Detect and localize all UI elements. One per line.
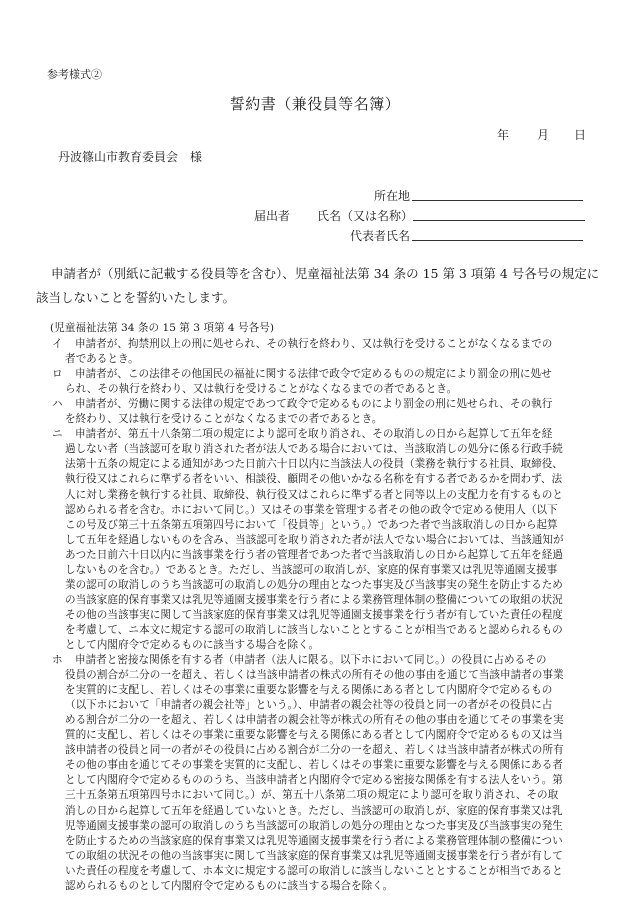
law-item-marker: ホ xyxy=(52,653,75,668)
law-item-line: 三十五条第五項第四号ホにおいて同じ。）が、第五十八条第二項の規定により認可を取り… xyxy=(52,788,564,803)
law-item-line: を防止するための当該家庭的保育事業又は乳児等通園支援事業を行う者による業務管理体… xyxy=(52,834,564,849)
address-field[interactable] xyxy=(412,200,583,201)
law-item-line: 執行役又はこれらに準ずる者をいい、相談役、顧問その他いかなる名称を有する者である… xyxy=(52,472,564,487)
law-item-line: （以下ホにおいて「申請者の親会社等」という。）、申請者の親会社等の役員と同一の者… xyxy=(52,698,564,713)
law-item-line: める割合が二分の一を超え、若しくは申請者の親会社等が株式の所有その他の事由を通じ… xyxy=(52,713,564,728)
law-item-line: しないものを含む。）であるとき。ただし、当該認可の取消しが、家庭的保育事業又は乳… xyxy=(52,563,564,578)
law-item-line: ロ申請者が、この法律その他国民の福祉に関する法律で政令で定めるものの規定により罰… xyxy=(52,367,564,382)
law-item-text: 申請者が、拘禁刑以上の刑に処せられ、その執行を終わり、又は執行を受けることがなく… xyxy=(75,338,552,350)
law-item-marker: ロ xyxy=(52,367,75,382)
date-month-label: 月 xyxy=(537,126,549,143)
pledge-line: 申請者が（別紙に記載する役員等を含む）、児童福祉法第 34 条の 15 第 3 … xyxy=(36,262,599,286)
law-item-line: その他の当該事実に関して当該家庭的保育事業又は乳児等通園支援事業を行う者が有して… xyxy=(52,608,564,623)
applicant-role-label: 届出者 xyxy=(254,207,290,224)
law-item-line: この号及び第三十五条第五項第四号において「役員等」という。）であつた者で当該取消… xyxy=(52,518,564,533)
pledge-statement: 申請者が（別紙に記載する役員等を含む）、児童福祉法第 34 条の 15 第 3 … xyxy=(36,262,599,310)
law-item-line: ホ申請者と密接な関係を有する者（申請者（法人に限る。以下ホにおいて同じ。）の役員… xyxy=(52,653,564,668)
law-item-line: 認められる者を含む。ホにおいて同じ。）又はその事業を管理する者その他の政令で定め… xyxy=(52,503,564,518)
law-item-line: 消しの日から起算して五年を経過していないとき。ただし、当該認可の取消しが、家庭的… xyxy=(52,804,564,819)
law-item-line: イ申請者が、拘禁刑以上の刑に処せられ、その執行を終わり、又は執行を受けることがな… xyxy=(52,337,564,352)
law-item: ホ申請者と密接な関係を有する者（申請者（法人に限る。以下ホにおいて同じ。）の役員… xyxy=(52,653,564,894)
law-item-marker: ハ xyxy=(52,397,75,412)
law-item-line: して五年を経過しないものを含み、当該認可を取り消された者が法人でない場合において… xyxy=(52,533,564,548)
law-item-line: られ、その執行を終わり、又は執行を受けることがなくなるまでの者であるとき。 xyxy=(52,382,564,397)
law-item-line: 児等通園支援事業の認可の取消しのうち当該認可の取消しの処分の理由となつた事実及び… xyxy=(52,819,564,834)
pledge-line: 該当しないことを誓約いたします。 xyxy=(36,286,599,310)
law-item-line: 該申請者の役員と同一の者がその役員に占める割合が二分の一を超え、若しくは当該申請… xyxy=(52,743,564,758)
law-item-line: として内閣府令で定めるものに該当する場合を除く。 xyxy=(52,638,564,653)
law-item-line: その他の事由を通じてその事業を実質的に支配し、若しくはその事業に重要な影響を与え… xyxy=(52,758,564,773)
law-item: ニ申請者が、第五十八条第二項の規定により認可を取り消され、その取消しの日から起算… xyxy=(52,427,564,653)
addressee: 丹波篠山市教育委員会 様 xyxy=(58,148,202,165)
address-label: 所在地 xyxy=(374,187,410,204)
law-item-text: 申請者が、この法律その他国民の福祉に関する法律で政令で定めるものの規定により罰金… xyxy=(75,368,552,380)
law-item-line: 役員の割合が二分の一を超え、若しくは当該申請者の株式の所有その他の事由を通じて当… xyxy=(52,668,564,683)
law-provisions: (児童福祉法第 34 条の 15 第 3 項第 4 号各号) イ申請者が、拘禁刑… xyxy=(52,321,564,894)
law-item: ロ申請者が、この法律その他国民の福祉に関する法律で政令で定めるものの規定により罰… xyxy=(52,367,564,397)
law-item-line: 業の認可の取消しのうち当該認可の取消しの処分の理由となつた事実及び当該事実の発生… xyxy=(52,578,564,593)
law-item-line: 法第十五条の規定による通知があつた日前六十日以内に当該法人の役員（業務を執行する… xyxy=(52,457,564,472)
law-item-line: 質的に支配し、若しくはその事業に重要な影響を与える関係にある者として内閣府令で定… xyxy=(52,728,564,743)
law-item-line: ニ申請者が、第五十八条第二項の規定により認可を取り消され、その取消しの日から起算… xyxy=(52,427,564,442)
date-year-label: 年 xyxy=(497,126,509,143)
law-item-line: あつた日前六十日以内に当該事業を行う者の管理者であつた者で当該取消しの日から起算… xyxy=(52,548,564,563)
law-item-line: ての取組の状況その他の当該事実に関して当該家庭的保育事業又は乳児等通園支援事業を… xyxy=(52,849,564,864)
law-item-line: 者であるとき。 xyxy=(52,352,564,367)
name-label: 氏名（又は名称） xyxy=(317,207,413,224)
law-item-text: 申請者が、第五十八条第二項の規定により認可を取り消され、その取消しの日から起算し… xyxy=(75,428,552,440)
law-item: イ申請者が、拘禁刑以上の刑に処せられ、その執行を終わり、又は執行を受けることがな… xyxy=(52,337,564,367)
law-heading: (児童福祉法第 34 条の 15 第 3 項第 4 号各号) xyxy=(50,321,564,336)
law-item-line: ハ申請者が、労働に関する法律の規定であつて政令で定めるものにより罰金の刑に処せら… xyxy=(52,397,564,412)
law-item-text: 申請者が、労働に関する法律の規定であつて政令で定めるものにより罰金の刑に処せられ… xyxy=(75,398,552,410)
law-item-line: として内閣府令で定めるもののうち、当該申請者と内閣府令で定める密接な関係を有する… xyxy=(52,773,564,788)
law-item-line: 認められるものとして内閣府令で定めるものに該当する場合を除く。 xyxy=(52,879,564,894)
law-item-line: を実質的に支配し、若しくはその事業に重要な影響を与える関係にある者として内閣府令… xyxy=(52,683,564,698)
date-day-label: 日 xyxy=(574,126,586,143)
law-item-line: いた責任の程度を考慮して、ホ本文に規定する認可の取消しに該当しないこととすること… xyxy=(52,864,564,879)
law-item-marker: イ xyxy=(52,337,75,352)
law-item: ハ申請者が、労働に関する法律の規定であつて政令で定めるものにより罰金の刑に処せら… xyxy=(52,397,564,427)
law-item-line: 人に対し業務を執行する社員、取締役、執行役又はこれらに準ずる者と同等以上の支配力… xyxy=(52,488,564,503)
law-item-text: 申請者と密接な関係を有する者（申請者（法人に限る。以下ホにおいて同じ。）の役員に… xyxy=(75,654,546,666)
law-item-line: を終わり、又は執行を受けることがなくなるまでの者であるとき。 xyxy=(52,412,564,427)
representative-name-field[interactable] xyxy=(412,240,583,241)
representative-name-label: 代表者氏名 xyxy=(350,227,410,244)
document-title: 誓約書（兼役員等名簿） xyxy=(0,93,630,114)
form-reference: 参考様式② xyxy=(47,66,102,82)
law-item-marker: ニ xyxy=(52,427,75,442)
law-item-line: 過しない者（当該認可を取り消された者が法人である場合においては、当該取消しの処分… xyxy=(52,442,564,457)
name-field[interactable] xyxy=(413,220,585,221)
law-items-list: イ申請者が、拘禁刑以上の刑に処せられ、その執行を終わり、又は執行を受けることがな… xyxy=(52,337,564,894)
law-item-line: を考慮して、ニ本文に規定する認可の取消しに該当しないこととすることが相当であると… xyxy=(52,623,564,638)
law-item-line: の当該家庭的保育事業又は乳児等通園支援事業を行う者による業務管理体制の整備につい… xyxy=(52,593,564,608)
